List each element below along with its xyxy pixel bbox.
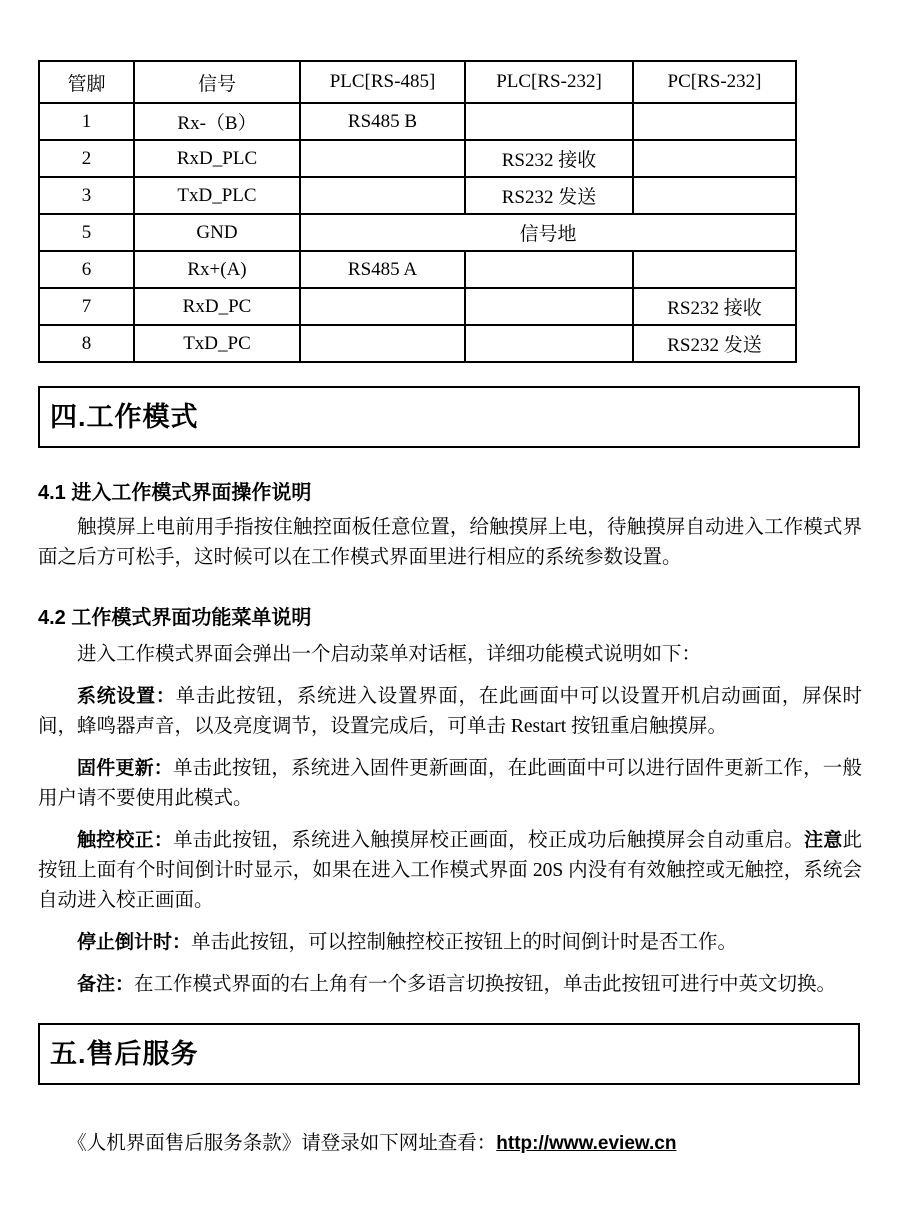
cell-pc232 [633, 177, 796, 214]
term-system-settings: 系统设置： [77, 686, 176, 707]
cell-pin: 6 [39, 251, 134, 288]
service-url-link[interactable]: http://www.eview.cn [496, 1133, 676, 1154]
col-header-signal: 信号 [134, 61, 300, 103]
service-terms-line: 《人机界面售后服务条款》请登录如下网址查看：http://www.eview.c… [38, 1129, 862, 1159]
cell-pc232 [633, 140, 796, 177]
section-5-heading-box: 五.售后服务 [38, 1023, 860, 1085]
table-row: 6 Rx+(A) RS485 A [39, 251, 796, 288]
cell-rs485 [300, 177, 465, 214]
col-header-plc-rs232: PLC[RS-232] [465, 61, 633, 103]
menu-item-firmware-update: 固件更新：单击此按钮，系统进入固件更新画面，在此画面中可以进行固件更新工作，一般… [38, 754, 862, 814]
paragraph-4-2-intro: 进入工作模式界面会弹出一个启动菜单对话框，详细功能模式说明如下： [38, 640, 862, 670]
cell-signal: TxD_PLC [134, 177, 300, 214]
desc-remark: 在工作模式界面的右上角有一个多语言切换按钮，单击此按钮可进行中英文切换。 [134, 974, 836, 995]
cell-plc232 [465, 288, 633, 325]
cell-signal: GND [134, 214, 300, 251]
term-remark: 备注： [77, 974, 134, 995]
cell-pc232 [633, 251, 796, 288]
table-row: 7 RxD_PC RS232 接收 [39, 288, 796, 325]
desc-stop-countdown: 单击此按钮，可以控制触控校正按钮上的时间倒计时是否工作。 [191, 932, 737, 953]
cell-plc232 [465, 251, 633, 288]
cell-rs485 [300, 288, 465, 325]
table-row: 1 Rx-（B） RS485 B [39, 103, 796, 140]
pin-table-header-row: 管脚 信号 PLC[RS-485] PLC[RS-232] PC[RS-232] [39, 61, 796, 103]
document-page: 管脚 信号 PLC[RS-485] PLC[RS-232] PC[RS-232]… [0, 0, 900, 1159]
table-row: 5 GND 信号地 [39, 214, 796, 251]
note-bold: 注意 [804, 830, 842, 851]
cell-plc232: RS232 发送 [465, 177, 633, 214]
cell-signal: RxD_PLC [134, 140, 300, 177]
cell-signal: TxD_PC [134, 325, 300, 362]
menu-item-remark: 备注：在工作模式界面的右上角有一个多语言切换按钮，单击此按钮可进行中英文切换。 [38, 970, 862, 1000]
heading-4-2: 4.2 工作模式界面功能菜单说明 [38, 601, 862, 630]
cell-pin: 3 [39, 177, 134, 214]
cell-pin: 8 [39, 325, 134, 362]
cell-signal: Rx+(A) [134, 251, 300, 288]
term-touch-calibration: 触控校正： [77, 830, 173, 851]
cell-signal: RxD_PC [134, 288, 300, 325]
cell-pc232: RS232 发送 [633, 325, 796, 362]
cell-pin: 1 [39, 103, 134, 140]
term-firmware-update: 固件更新： [77, 758, 173, 779]
cell-signal: Rx-（B） [134, 103, 300, 140]
cell-plc232 [465, 103, 633, 140]
cell-plc232: RS232 接收 [465, 140, 633, 177]
cell-pc232: RS232 接收 [633, 288, 796, 325]
cell-pin: 7 [39, 288, 134, 325]
cell-plc232 [465, 325, 633, 362]
cell-pc232 [633, 103, 796, 140]
table-row: 3 TxD_PLC RS232 发送 [39, 177, 796, 214]
col-header-plc-rs485: PLC[RS-485] [300, 61, 465, 103]
paragraph-4-1: 触摸屏上电前用手指按住触控面板任意位置，给触摸屏上电，待触摸屏自动进入工作模式界… [38, 513, 862, 573]
pin-table: 管脚 信号 PLC[RS-485] PLC[RS-232] PC[RS-232]… [38, 60, 797, 363]
cell-rs485 [300, 140, 465, 177]
section-5-title: 五.售后服务 [50, 1039, 199, 1069]
col-header-pin: 管脚 [39, 61, 134, 103]
table-row: 8 TxD_PC RS232 发送 [39, 325, 796, 362]
table-row: 2 RxD_PLC RS232 接收 [39, 140, 796, 177]
menu-item-system-settings: 系统设置：单击此按钮，系统进入设置界面，在此画面中可以设置开机启动画面，屏保时间… [38, 682, 862, 742]
menu-item-stop-countdown: 停止倒计时：单击此按钮，可以控制触控校正按钮上的时间倒计时是否工作。 [38, 928, 862, 958]
cell-rs485 [300, 325, 465, 362]
service-terms-text: 《人机界面售后服务条款》请登录如下网址查看： [67, 1133, 496, 1154]
section-4-heading-box: 四.工作模式 [38, 386, 860, 448]
cell-merged-signal-ground: 信号地 [300, 214, 796, 251]
heading-4-1: 4.1 进入工作模式界面操作说明 [38, 476, 862, 505]
desc-touch-calibration: 单击此按钮，系统进入触摸屏校正画面，校正成功后触摸屏会自动重启。 [173, 830, 804, 851]
section-4-title: 四.工作模式 [50, 402, 199, 432]
term-stop-countdown: 停止倒计时： [77, 932, 191, 953]
menu-item-touch-calibration: 触控校正：单击此按钮，系统进入触摸屏校正画面，校正成功后触摸屏会自动重启。注意此… [38, 826, 862, 916]
cell-rs485: RS485 B [300, 103, 465, 140]
cell-rs485: RS485 A [300, 251, 465, 288]
cell-pin: 5 [39, 214, 134, 251]
cell-pin: 2 [39, 140, 134, 177]
col-header-pc-rs232: PC[RS-232] [633, 61, 796, 103]
